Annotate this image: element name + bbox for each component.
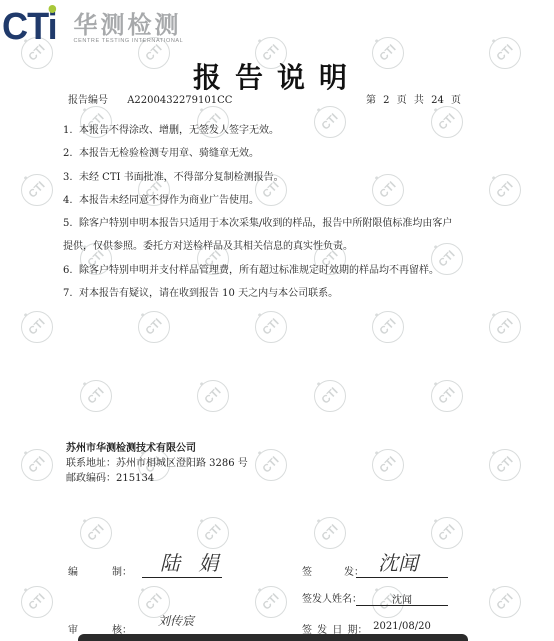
issue-date-value: 2021/08/20 (356, 621, 448, 632)
note-item: 7.对本报告有疑议，请在收到报告 10 天之内与本公司联系。 (63, 287, 483, 310)
cti-watermark-icon: CTI (424, 373, 469, 418)
company-name: 苏州市华测检测技术有限公司 (66, 441, 248, 456)
logo-english-name: CENTRE TESTING INTERNATIONAL (74, 38, 184, 44)
cti-watermark-icon: CTI (14, 167, 59, 212)
note-number: 4. (63, 194, 79, 208)
note-item: 4.本报告未经同意不得作为商业广告使用。 (63, 194, 483, 217)
issuer-name-value: 沈闻 (356, 591, 448, 606)
note-number: 1. (63, 124, 79, 138)
logo-mark-text: CTi (2, 6, 57, 48)
cti-watermark-icon: CTI (307, 373, 352, 418)
note-item-continuation: 提供，仅供参照。委托方对送检样品及其相关信息的真实性负责。 (63, 240, 483, 263)
cti-watermark-icon: CTI (190, 373, 235, 418)
note-text: 本报告无检验检测专用章、骑缝章无效。 (79, 148, 259, 159)
cti-watermark-icon: CTI (73, 510, 118, 555)
compiled-signature-line (142, 577, 222, 578)
note-number: 2. (63, 147, 79, 161)
note-number: 6. (63, 264, 79, 278)
cti-watermark-icon: CTI (14, 304, 59, 349)
note-item: 5.除客户特别申明本报告只适用于本次采集/收到的样品，报告中所附限值标准均由客户 (63, 217, 483, 240)
note-text: 提供，仅供参照。委托方对送检样品及其相关信息的真实性负责。 (63, 241, 353, 252)
company-postcode: 邮政编码：215134 (66, 471, 248, 486)
company-address: 联系地址：苏州市相城区澄阳路 3286 号 (66, 456, 248, 471)
note-text: 除客户特别申明并支付样品管理费，所有超过标准规定时效期的样品均不再留样。 (79, 265, 439, 276)
note-text: 本报告未经同意不得作为商业广告使用。 (79, 195, 259, 206)
compiled-label-2: 制： (112, 563, 132, 578)
cti-watermark-icon: CTI (14, 579, 59, 624)
cti-watermark-icon: CTI (365, 304, 410, 349)
reviewed-label-1: 审 (68, 621, 78, 636)
issued-label-1: 签 (302, 563, 312, 578)
cti-watermark-icon: CTI (482, 442, 527, 487)
cti-watermark-icon: CTI (365, 442, 410, 487)
cti-watermark-icon: CTI (248, 442, 293, 487)
cti-logo: CTi 华测检测 CENTRE TESTING INTERNATIONAL (2, 8, 183, 46)
compiled-label-1: 编 (68, 563, 78, 578)
note-text: 除客户特别申明本报告只适用于本次采集/收到的样品，报告中所附限值标准均由客户 (79, 218, 452, 229)
compiled-signature: 陆 娟 (160, 547, 224, 576)
logo-mark: CTi (2, 8, 57, 46)
logo-wordmark: 华测检测 CENTRE TESTING INTERNATIONAL (74, 12, 184, 44)
note-item: 3.未经 CTI 书面批准，不得部分复制检测报告。 (63, 171, 483, 194)
issued-signature-line (356, 577, 448, 578)
company-info: 苏州市华测检测技术有限公司 联系地址：苏州市相城区澄阳路 3286 号 邮政编码… (66, 441, 248, 486)
report-number-value: A2200432279101CC (127, 95, 232, 106)
logo-dot-icon (48, 5, 56, 13)
note-item: 1.本报告不得涂改、增删，无签发人签字无效。 (63, 124, 483, 147)
note-text: 对本报告有疑议，请在收到报告 10 天之内与本公司联系。 (79, 288, 338, 299)
note-text: 未经 CTI 书面批准，不得部分复制检测报告。 (79, 172, 284, 183)
notes-list: 1.本报告不得涂改、增删，无签发人签字无效。 2.本报告无检验检测专用章、骑缝章… (63, 124, 483, 310)
issued-label-2: 发： (344, 563, 364, 578)
cti-watermark-icon: CTI (424, 510, 469, 555)
logo-chinese-name: 华测检测 (74, 12, 184, 38)
cti-watermark-icon: CTI (73, 373, 118, 418)
cti-watermark-icon: CTI (248, 579, 293, 624)
issued-signature: 沈闻 (378, 547, 418, 576)
issuer-name-line (356, 605, 448, 606)
note-number: 3. (63, 171, 79, 185)
cti-watermark-icon: CTI (307, 510, 352, 555)
page-title: 报告说明 (0, 56, 554, 96)
cti-watermark-icon: CTI (14, 442, 59, 487)
report-number-label: 报告编号 (68, 95, 108, 106)
note-number: 7. (63, 287, 79, 301)
cti-watermark-icon: CTI (482, 304, 527, 349)
note-item: 6.除客户特别申明并支付样品管理费，所有超过标准规定时效期的样品均不再留样。 (63, 264, 483, 287)
cti-watermark-icon: CTI (131, 304, 176, 349)
cti-watermark-icon: CTI (248, 304, 293, 349)
page-indicator: 第 2 页 共 24 页 (366, 91, 461, 106)
cti-watermark-icon: CTI (482, 579, 527, 624)
note-text: 本报告不得涂改、增删，无签发人签字无效。 (79, 125, 279, 136)
note-number: 5. (63, 217, 79, 231)
bottom-overlay-bar[interactable] (78, 634, 468, 641)
cti-watermark-icon: CTI (482, 167, 527, 212)
reviewed-signature: 刘传宸 (158, 612, 194, 629)
note-item: 2.本报告无检验检测专用章、骑缝章无效。 (63, 147, 483, 170)
issuer-name-label: 签发人姓名： (302, 590, 362, 605)
report-number: 报告编号 A2200432279101CC (68, 91, 232, 106)
